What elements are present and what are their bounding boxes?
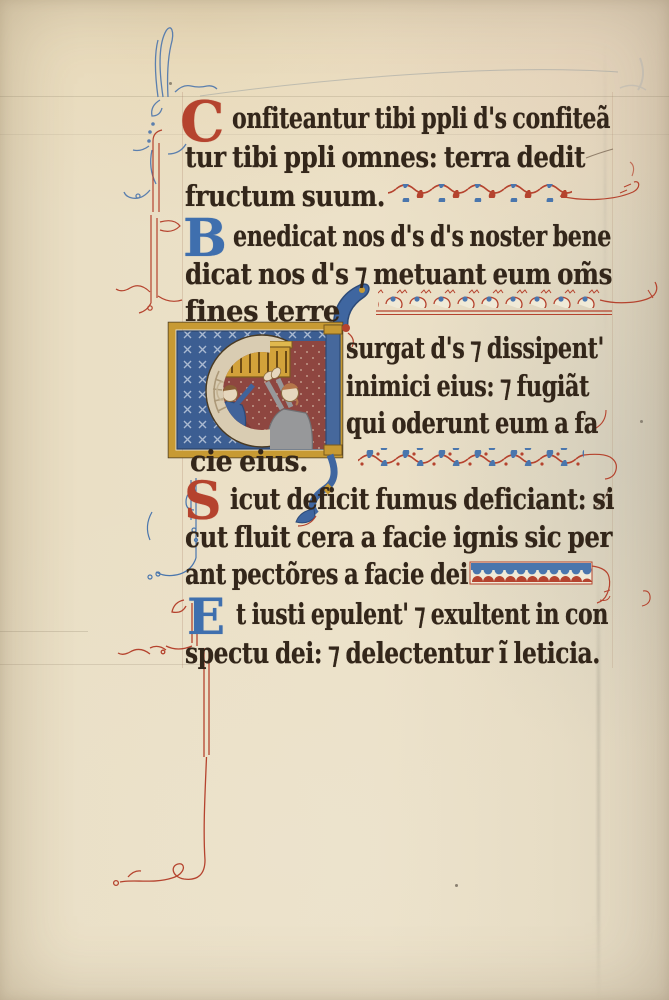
hairline-stroke — [200, 70, 618, 96]
text-line-13: ant pectõres a facie dei — [185, 557, 468, 591]
text-line-14: t iusti epulent' ⁊ exultent in con — [236, 597, 608, 631]
ruling-line — [0, 664, 205, 665]
parchment-speck — [169, 82, 172, 85]
text-line-8: inimici eius: ⁊ fugiãt — [346, 369, 589, 403]
text-line-1: onfiteantur tibi ppli d's confiteã — [232, 101, 610, 135]
text-line-15: spectu dei: ⁊ delectentur ĩ leticia. — [185, 636, 600, 670]
text-line-5: dicat nos d's ⁊ metuant eum om̃s — [185, 257, 612, 291]
text-line-11: icut deficit fumus deficiant: si — [230, 482, 614, 516]
text-line-3: fructum suum. — [185, 179, 385, 213]
parchment-crease — [604, 40, 606, 340]
ruling-line — [0, 96, 669, 97]
ruling-line — [0, 631, 88, 632]
text-line-10: cie eius. — [190, 444, 308, 478]
manuscript-page: C B S E onfiteantur tibi ppli d's confit… — [0, 0, 669, 1000]
text-line-9: qui oderunt eum a fa — [346, 406, 598, 440]
versal-initial-E: E — [187, 592, 225, 642]
parchment-speck — [455, 884, 458, 887]
text-line-7: surgat d's ⁊ dissipent' — [346, 331, 604, 365]
line-filler-vine-2 — [358, 448, 616, 479]
parchment-speck — [640, 420, 643, 423]
text-line-4: enedicat nos d's d's noster bene — [233, 219, 611, 253]
text-line-12: cut fluit cera a facie ignis sic per — [185, 520, 612, 554]
top-right-faint-marks — [620, 58, 646, 90]
ruling-line-vertical — [612, 92, 613, 668]
text-line-6: fines terre — [185, 294, 340, 328]
text-line-2: tur tibi ppli omnes: terra dedit — [185, 140, 585, 174]
